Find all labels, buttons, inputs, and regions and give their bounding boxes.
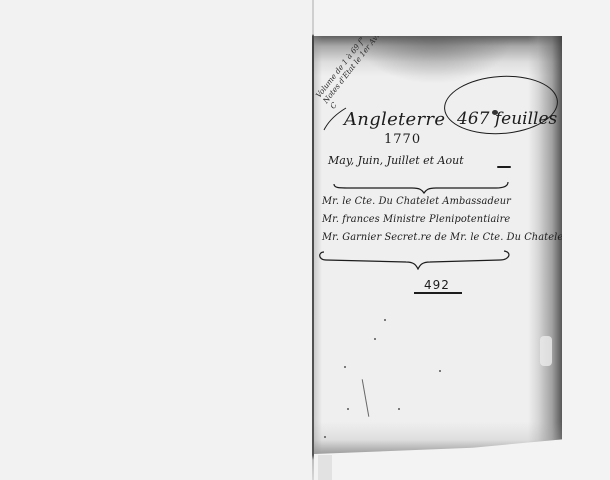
year: 1770 <box>384 132 421 147</box>
blank-left-page <box>0 0 312 480</box>
upper-brace-flourish <box>332 180 512 192</box>
paper-speck <box>398 408 400 410</box>
months-dash <box>497 166 511 168</box>
ink-blot <box>492 110 498 115</box>
right-margin <box>562 0 610 480</box>
paper-speck <box>384 319 386 321</box>
paper-speck <box>439 370 441 372</box>
volume-number: 492 <box>424 278 450 292</box>
paper-speck <box>347 408 349 410</box>
person-minister: Mr. frances Ministre Plenipotentiaire <box>322 214 510 225</box>
person-ambassador: Mr. le Cte. Du Chatelet Ambassadeur <box>322 196 511 207</box>
paper-speck <box>344 366 346 368</box>
bottom-edge-stain <box>314 422 562 454</box>
paper-speck <box>514 448 516 450</box>
binding-shadow <box>318 455 332 480</box>
stray-pen-mark <box>362 379 370 417</box>
folio-count: 467 feuilles <box>457 109 557 129</box>
paper-speck <box>374 338 376 340</box>
person-secretary: Mr. Garnier Secret.re de Mr. le Cte. Du … <box>322 232 562 243</box>
right-edge-light-patch <box>540 336 552 366</box>
page-gutter <box>312 0 314 480</box>
paper-speck <box>324 436 326 438</box>
volume-number-underline <box>414 292 462 294</box>
months: May, Juin, Juillet et Aout <box>328 154 464 167</box>
manuscript-cover-page: Volume de 1 à 69 f° Notes d'Etat le 1er … <box>314 36 562 454</box>
lower-brace-flourish <box>316 250 516 262</box>
country-title: Angleterre <box>344 109 445 130</box>
